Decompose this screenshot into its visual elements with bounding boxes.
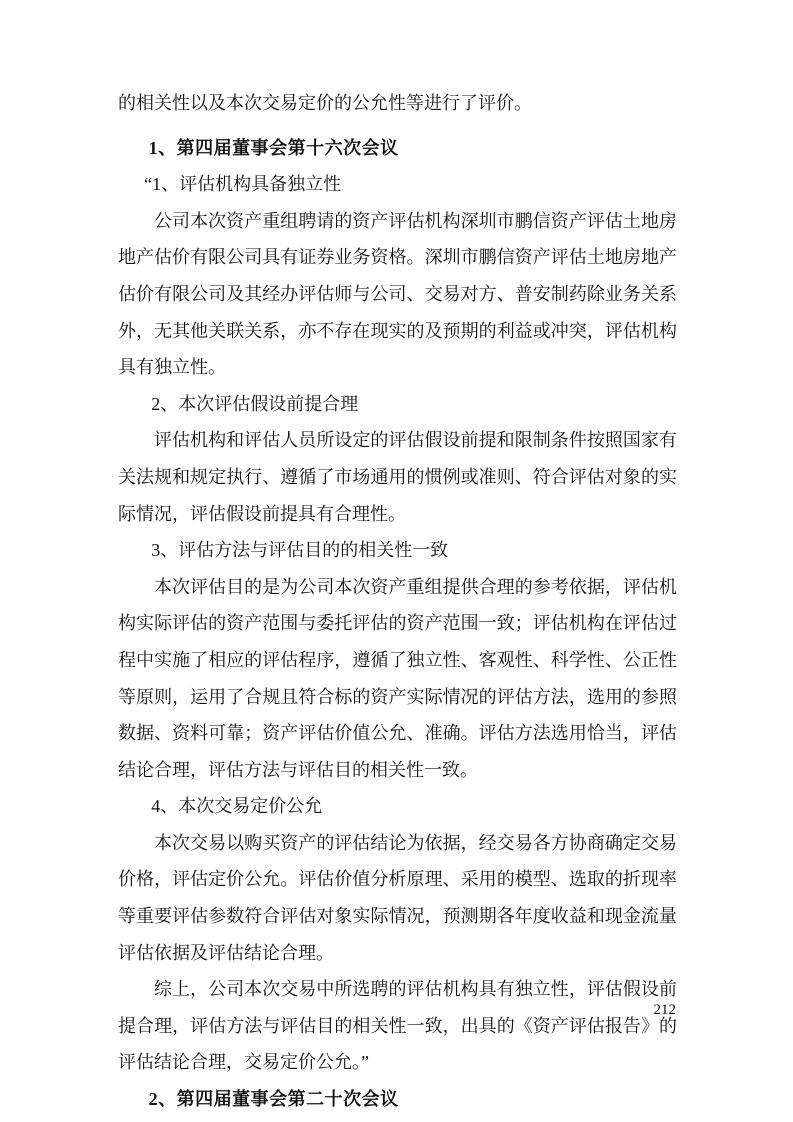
page-number: 212 <box>654 1000 677 1020</box>
subsection-heading-method-relevance: 3、评估方法与评估目的的相关性一致 <box>118 532 677 569</box>
subsection-heading-fair-pricing: 4、本次交易定价公允 <box>118 788 677 825</box>
subsection-heading-independence: “1、评估机构具备独立性 <box>118 166 677 203</box>
paragraph-conclusion: 综上，公司本次交易中所选聘的评估机构具有独立性，评估假设前提合理，评估方法与评估… <box>118 971 677 1081</box>
paragraph-assumptions: 评估机构和评估人员所设定的评估假设前提和限制条件按照国家有关法规和规定执行、遵循… <box>118 422 677 532</box>
paragraph-method-relevance: 本次评估目的是为公司本次资产重组提供合理的参考依据，评估机构实际评估的资产范围与… <box>118 569 677 789</box>
document-page: 的相关性以及本次交易定价的公允性等进行了评价。 1、第四届董事会第十六次会议 “… <box>0 0 793 1122</box>
paragraph-continuation: 的相关性以及本次交易定价的公允性等进行了评价。 <box>118 85 677 122</box>
document-body: 的相关性以及本次交易定价的公允性等进行了评价。 1、第四届董事会第十六次会议 “… <box>118 85 677 1118</box>
subsection-heading-assumptions: 2、本次评估假设前提合理 <box>118 386 677 423</box>
paragraph-independence: 公司本次资产重组聘请的资产评估机构深圳市鹏信资产评估土地房地产估价有限公司具有证… <box>118 203 677 386</box>
section-heading-board-meeting-20: 2、第四届董事会第二十次会议 <box>118 1081 677 1118</box>
section-heading-board-meeting-16: 1、第四届董事会第十六次会议 <box>118 130 677 167</box>
paragraph-fair-pricing: 本次交易以购买资产的评估结论为依据，经交易各方协商确定交易价格，评估定价公允。评… <box>118 825 677 971</box>
